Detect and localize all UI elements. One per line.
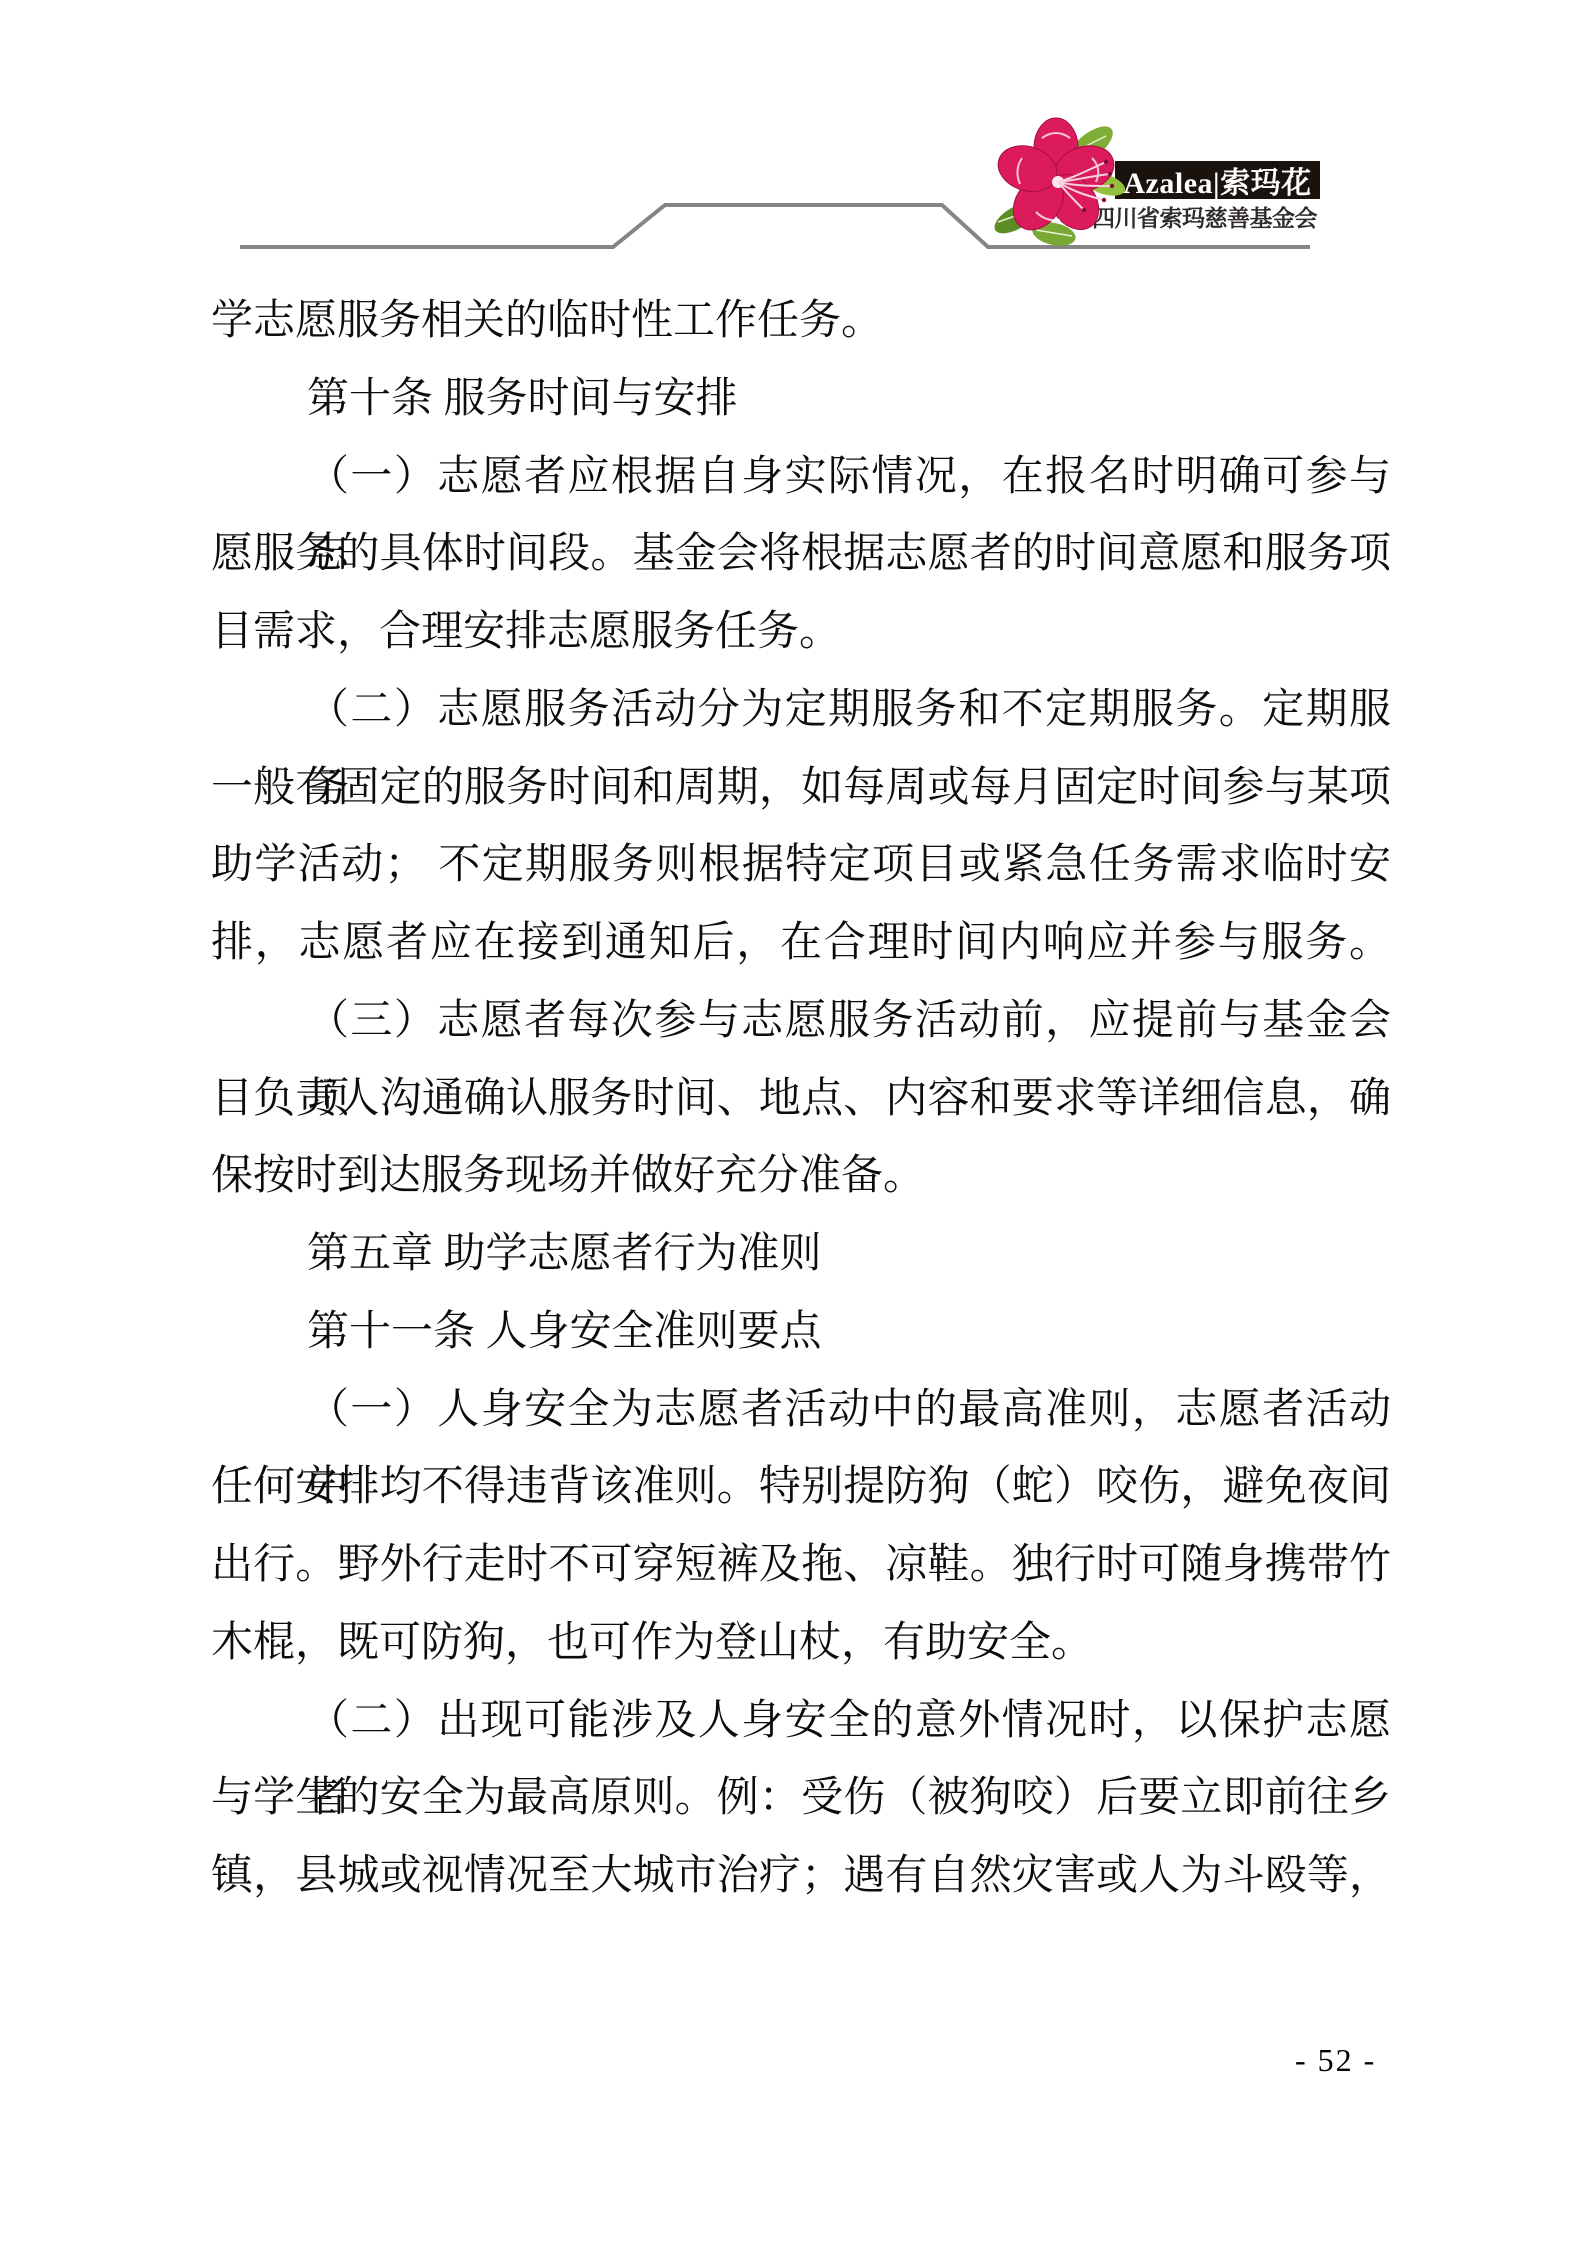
text-line: 第十条 服务时间与安排 (211, 361, 1391, 439)
logo-text: Azalea|索玛花 (1123, 158, 1311, 202)
text-line: 第五章 助学志愿者行为准则 (211, 1216, 1391, 1294)
text-line: （二）出现可能涉及人身安全的意外情况时，以保护志愿者 (211, 1683, 1391, 1761)
text-line: 保按时到达服务现场并做好充分准备。 (211, 1138, 1391, 1216)
text-line: 学志愿服务相关的临时性工作任务。 (211, 283, 1391, 361)
logo-box: Azalea|索玛花 (1115, 161, 1320, 199)
text-line: 目需求，合理安排志愿服务任务。 (211, 594, 1391, 672)
text-line: 一般有固定的服务时间和周期，如每周或每月固定时间参与某项 (211, 750, 1391, 828)
text-line: （二）志愿服务活动分为定期服务和不定期服务。定期服务 (211, 672, 1391, 750)
text-line: 任何安排均不得违背该准则。特别提防狗（蛇）咬伤，避免夜间 (211, 1449, 1391, 1527)
text-line: 排，志愿者应在接到通知后，在合理时间内响应并参与服务。 (211, 905, 1391, 983)
header-rule (0, 0, 1587, 300)
text-line: 出行。野外行走时不可穿短裤及拖、凉鞋。独行时可随身携带竹 (211, 1527, 1391, 1605)
text-line: （一）志愿者应根据自身实际情况，在报名时明确可参与志 (211, 439, 1391, 517)
text-line: 目负责人沟通确认服务时间、地点、内容和要求等详细信息，确 (211, 1061, 1391, 1139)
text-line: 木棍，既可防狗，也可作为登山杖，有助安全。 (211, 1605, 1391, 1683)
text-line: 助学活动； 不定期服务则根据特定项目或紧急任务需求临时安 (211, 827, 1391, 905)
text-line: 镇，县城或视情况至大城市治疗；遇有自然灾害或人为斗殴等， (211, 1838, 1391, 1916)
text-line: 与学生的安全为最高原则。例：受伤（被狗咬）后要立即前往乡 (211, 1760, 1391, 1838)
azalea-flower-icon (988, 100, 1128, 250)
document-page: Azalea|索玛花 四川省索玛慈善基金会 (0, 0, 1587, 2245)
text-line: 愿服务的具体时间段。基金会将根据志愿者的时间意愿和服务项 (211, 516, 1391, 594)
text-line: 第十一条 人身安全准则要点 (211, 1294, 1391, 1372)
page-number: - 52 - (1295, 2042, 1405, 2082)
text-line: （一）人身安全为志愿者活动中的最高准则，志愿者活动中 (211, 1372, 1391, 1450)
text-line: （三）志愿者每次参与志愿服务活动前，应提前与基金会项 (211, 983, 1391, 1061)
body-text: 学志愿服务相关的临时性工作任务。第十条 服务时间与安排（一）志愿者应根据自身实际… (211, 283, 1391, 1916)
